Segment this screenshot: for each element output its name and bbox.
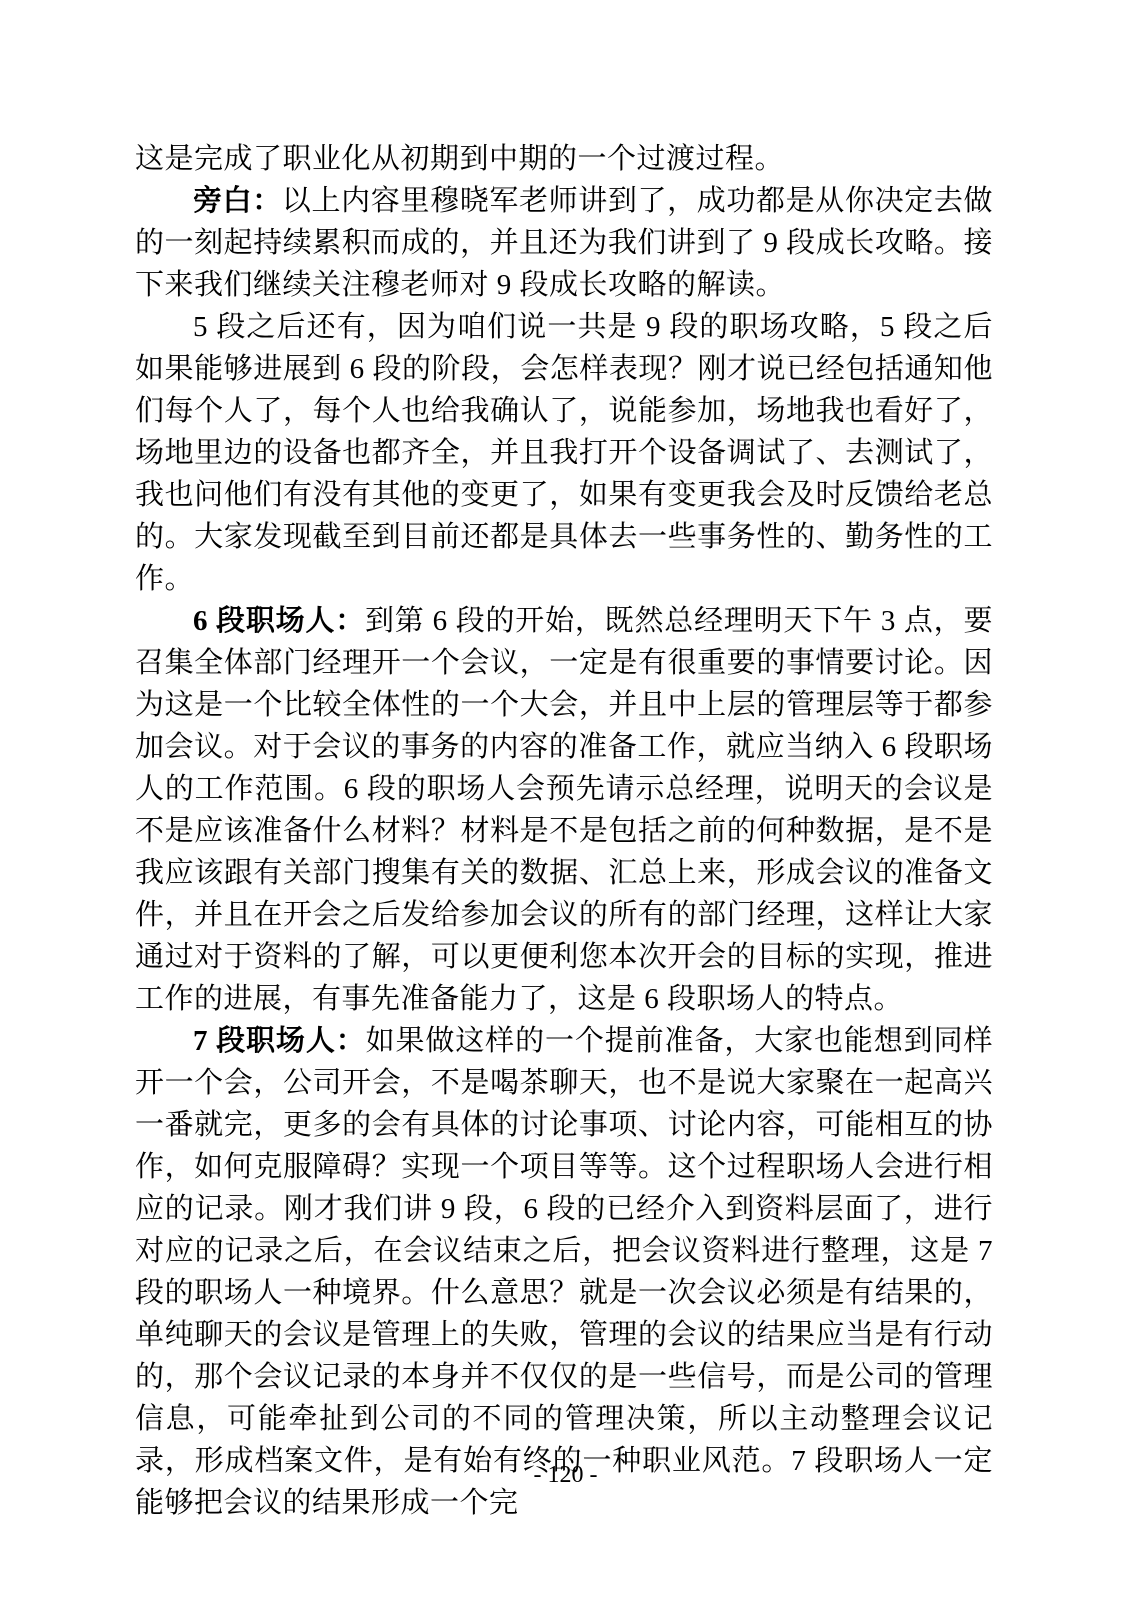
paragraph-narrator: 旁白：以上内容里穆晓军老师讲到了，成功都是从你决定去做的一刻起持续累积而成的，并…: [135, 180, 993, 306]
paragraph-text: 这是完成了职业化从初期到中期的一个过渡过程。: [135, 143, 784, 175]
paragraph-stage6: 6 段职场人：到第 6 段的开始，既然总经理明天下午 3 点，要召集全体部门经理…: [135, 600, 993, 1020]
document-page: 这是完成了职业化从初期到中期的一个过渡过程。 旁白：以上内容里穆晓军老师讲到了，…: [0, 0, 1131, 1600]
speaker-label: 6 段职场人：: [193, 605, 365, 637]
text-body: 这是完成了职业化从初期到中期的一个过渡过程。 旁白：以上内容里穆晓军老师讲到了，…: [135, 138, 993, 1524]
paragraph-continuation: 这是完成了职业化从初期到中期的一个过渡过程。: [135, 138, 993, 180]
speaker-label: 7 段职场人：: [193, 1025, 366, 1057]
page-number: - 120 -: [0, 1460, 1131, 1490]
speaker-label: 旁白：: [193, 185, 282, 217]
paragraph-text: 如果做这样的一个提前准备，大家也能想到同样开一个会，公司开会，不是喝茶聊天，也不…: [135, 1025, 993, 1519]
paragraph-text: 5 段之后还有，因为咱们说一共是 9 段的职场攻略，5 段之后如果能够进展到 6…: [135, 311, 993, 595]
paragraph-text: 到第 6 段的开始，既然总经理明天下午 3 点，要召集全体部门经理开一个会议，一…: [135, 605, 993, 1015]
paragraph-stage5: 5 段之后还有，因为咱们说一共是 9 段的职场攻略，5 段之后如果能够进展到 6…: [135, 306, 993, 600]
paragraph-stage7: 7 段职场人：如果做这样的一个提前准备，大家也能想到同样开一个会，公司开会，不是…: [135, 1020, 993, 1524]
